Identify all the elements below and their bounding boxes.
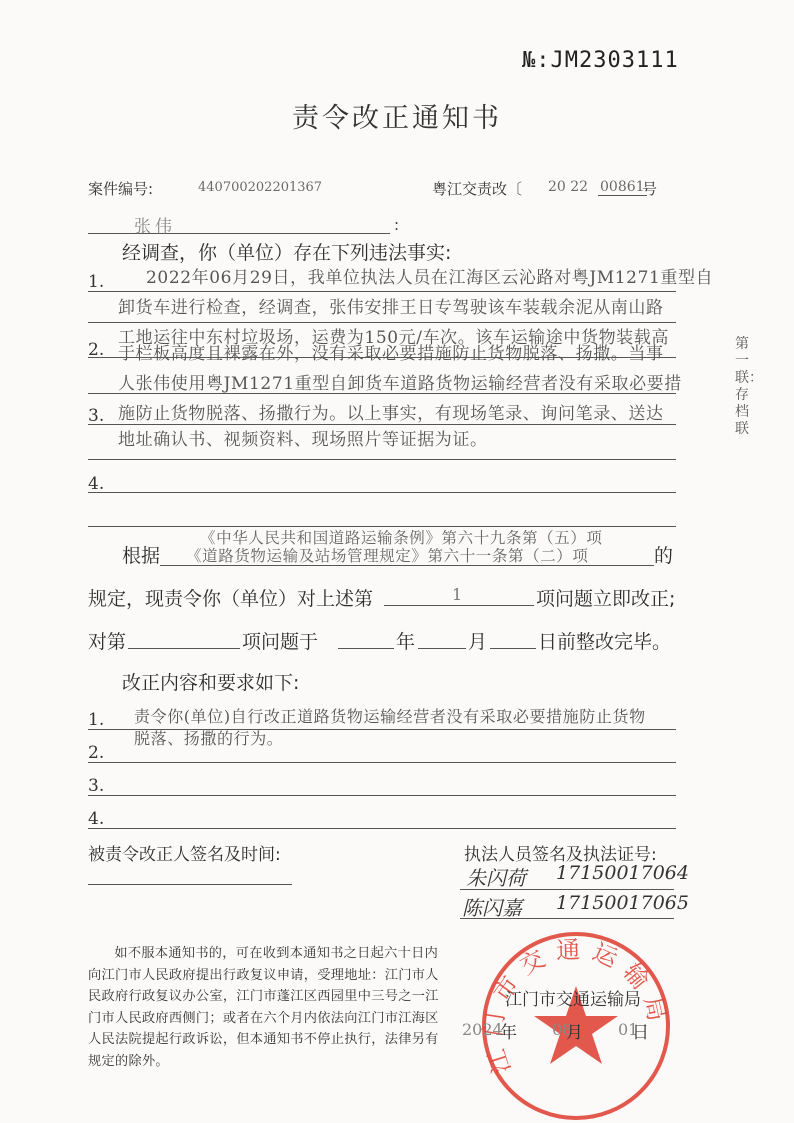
order-month-blank bbox=[418, 648, 466, 649]
basis-law-2: 《道路货物运输及站场管理规定》第六十一条第（二）项 bbox=[186, 541, 589, 571]
issue-year: 2024 bbox=[462, 1020, 503, 1039]
order-line2-a: 对第 bbox=[88, 627, 126, 654]
order-year-blank bbox=[338, 648, 394, 649]
issue-month-unit: 月 bbox=[566, 1018, 583, 1043]
fact-number-1: 1. bbox=[88, 272, 104, 292]
req-rule-3 bbox=[88, 795, 676, 796]
reference-prefix: 粤江交责改〔 bbox=[432, 178, 522, 199]
order-item-value: 1 bbox=[452, 585, 462, 604]
fact-number-2: 2. bbox=[88, 340, 104, 360]
officer-2-signature: 陈闪嘉 bbox=[462, 892, 522, 921]
issue-day-unit: 日 bbox=[632, 1018, 649, 1043]
recipient-colon: : bbox=[394, 216, 399, 234]
issuing-agency: 江门市交通运输局 bbox=[505, 985, 641, 1010]
copy-label: 第一联：存档联 bbox=[735, 336, 751, 438]
case-number-label: 案件编号: bbox=[88, 178, 153, 199]
fact-number-3: 3. bbox=[88, 406, 104, 426]
req-number-1: 1. bbox=[88, 710, 104, 730]
issue-year-unit: 年 bbox=[500, 1018, 517, 1043]
fact-number-4: 4. bbox=[88, 474, 104, 494]
facts-heading: 经调查，你（单位）存在下列违法事实: bbox=[122, 238, 451, 265]
officer-1-signature: 朱闪荷 bbox=[466, 862, 526, 891]
party-signature-label: 被责令改正人签名及时间: bbox=[88, 840, 281, 865]
requirements-heading: 改正内容和要求如下: bbox=[122, 668, 299, 695]
appeal-notice: 如不服本通知书的，可在收到本通知书之日起六十日内向江门市人民政府提出行政复议申请… bbox=[88, 943, 448, 1072]
order-line2-b: 项问题于 bbox=[242, 627, 318, 654]
document-number: №:JM2303111 bbox=[522, 48, 679, 73]
order-year-unit: 年 bbox=[396, 627, 415, 654]
reference-number: 00861 bbox=[598, 179, 647, 196]
fact-line-2: 卸货车进行检查，经调查，张伟安排王日专驾驶该车装载余泥从南山路 bbox=[118, 293, 664, 323]
req-rule-2 bbox=[88, 762, 676, 763]
order-line2-item-blank bbox=[128, 648, 240, 649]
order-line1-prefix: 规定，现责令你（单位）对上述第 bbox=[88, 584, 373, 611]
basis-suffix: 的 bbox=[654, 541, 673, 568]
order-day-blank bbox=[490, 648, 536, 649]
req-line-2: 脱落、扬撒的行为。 bbox=[134, 726, 283, 752]
order-day-unit: 日前整改完毕。 bbox=[538, 627, 671, 654]
page-title: 责令改正通知书 bbox=[0, 96, 794, 135]
fact-line-1: 2022年06月29日，我单位执法人员在江海区云沁路对粤JM1271重型自 bbox=[146, 263, 713, 293]
order-month-unit: 月 bbox=[468, 627, 487, 654]
recipient-name: 张伟 bbox=[134, 212, 176, 237]
case-number-value: 440700202201367 bbox=[198, 180, 322, 195]
officer-1-id: 17150017064 bbox=[556, 862, 689, 884]
fact-line-5: 人张伟使用粤JM1271重型自卸货车道路货物运输经营者没有采取必要措 bbox=[118, 369, 682, 399]
req-rule-4 bbox=[88, 828, 676, 829]
fact-line-7: 地址确认书、视频资料、现场照片等证据为证。 bbox=[118, 425, 488, 455]
facts-rule-7 bbox=[88, 492, 676, 493]
reference-suffix: 号 bbox=[642, 178, 657, 199]
req-number-4: 4. bbox=[88, 809, 104, 829]
officer-2-id: 17150017065 bbox=[556, 892, 689, 914]
order-item-underline bbox=[384, 605, 534, 606]
req-number-2: 2. bbox=[88, 743, 104, 763]
party-signature-line[interactable] bbox=[88, 884, 292, 885]
reference-year: 20 22 bbox=[548, 179, 588, 195]
fact-line-4: 于栏板高度且裸露在外，没有采取必要措施防止货物脱落、扬撒。当事 bbox=[118, 339, 664, 369]
req-number-3: 3. bbox=[88, 776, 104, 796]
facts-rule-6 bbox=[88, 459, 676, 460]
basis-prefix: 根据 bbox=[122, 541, 160, 568]
order-line1-suffix: 项问题立即改正; bbox=[536, 584, 675, 611]
